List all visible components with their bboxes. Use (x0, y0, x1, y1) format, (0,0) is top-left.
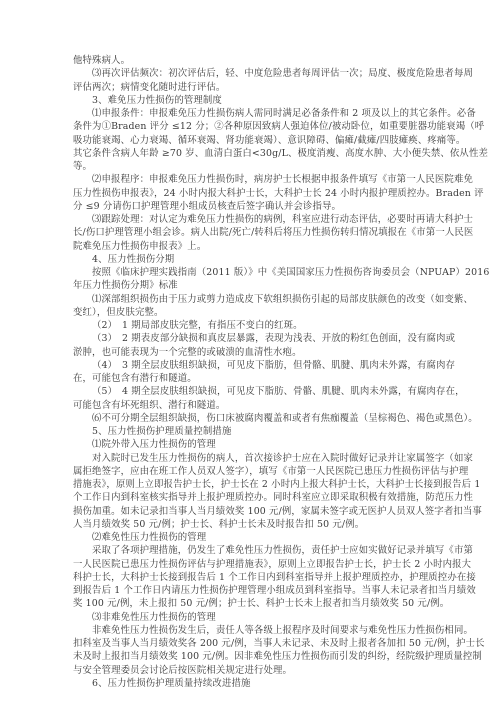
line-text: 扣科室及当事人当月绩效奖各 200 元/例，当事人未记录、未及时上报者各加扣 5… (73, 638, 485, 649)
line-text: ⑴院外带入压力性损伤的管理 (92, 439, 216, 450)
line-text: 2 期表皮部分缺损和真皮层暴露，表现为浅表、开放的粉红色创面，没有腐肉或 (122, 333, 455, 344)
document-line: 到报告后 1 个工作日内请压力性损伤护理管理小组成员到科室指导。当事人未记录者扣… (73, 584, 431, 597)
line-text: 科护士长，大科护士长接到报告后 1 个工作日内到科室指导并上报护理质控办，护理质… (73, 572, 476, 583)
line-text: 可能包含有坏死组织、潜行和隧道。 (73, 400, 225, 411)
document-line: 5、压力性损伤护理质量控制措施 (73, 425, 431, 438)
line-text: 4、压力性损伤分期 (92, 254, 174, 265)
line-text: 对入院时已发生压力性损伤的病人，首次接诊护士应在入院时做好记录并让家属签字（如家 (92, 453, 473, 464)
line-text: 人当月绩效奖 50 元/例；护士长、科护士长未及时报告扣 50 元/例。 (73, 519, 364, 530)
document-line: 按照《临床护理实践指南（2011 版）》中《美国国家压力性损伤咨询委员会（NPU… (73, 266, 431, 279)
document-line: 等。 (73, 160, 431, 173)
document-line: 压力性损伤申报表》，24 小时内报大科护士长，大科护士长 24 小时内报护理质控… (73, 187, 431, 200)
line-text: 条件为①Braden 评分 ≤12 分；②各种原因致病人强迫体位/被动卧位，如重… (73, 121, 484, 132)
document-line: ⑶跟踪处理：对认定为难免压力性损伤的病例，科室应进行动态评估，必要时再请大科护士 (73, 213, 431, 226)
line-text: 在，可能包含有潜行和隧道。 (73, 373, 197, 384)
line-text: 损伤加重。如未记录扣当事人当月绩效奖 100 元/例，家属未签字或无医护人员双人… (73, 506, 482, 517)
document-line: 人当月绩效奖 50 元/例；护士长、科护士长未及时报告扣 50 元/例。 (73, 518, 431, 531)
document-line: 其它条件含病人年龄 ≥70 岁、血清白蛋白<30g/L、极度消瘦、高度水肿、大小… (73, 147, 431, 160)
document-page: 他特殊病人。⑶再次评估频次：初次评估后，轻、中度危险患者每周评估一次；局度、极度… (0, 0, 500, 708)
document-line: 4、压力性损伤分期 (73, 253, 431, 266)
line-text: ⑵申报程序：申报难免压力性损伤时，病房护士长根据申报条件填写《市第一人民医院难免 (92, 174, 473, 185)
line-text: 1 期局部皮肤完整，有指压不变白的红斑。 (122, 320, 303, 331)
line-text: ⑴深部组织损伤由于压力或剪力造成皮下软组织损伤引起的局部皮肤颜色的改变（如变紫、 (92, 294, 473, 305)
line-text: 3 期全层皮肤组织缺损，可见皮下脂肪，但骨骼、肌腱、肌肉未外露，有腐肉存 (122, 360, 455, 371)
line-text: ⑵难免性压力性损伤的管理 (92, 532, 206, 543)
line-text: 其它条件含病人年龄 ≥70 岁、血清白蛋白<30g/L、极度消瘦、高度水肿、大小… (73, 148, 488, 159)
document-line: 未及时上报扣当月绩效奖 100 元/例。因非难免性压力性损伤而引发的纠纷，经院级… (73, 650, 431, 663)
line-text: 个工作日内到科室核实指导并上报护理质控办。同时科室应立即采取积极有效措施，防范压… (73, 492, 473, 503)
document-line: 奖 100 元/例，未上报扣 50 元/例；护士长、科护士长未上报者扣当月绩效奖… (73, 597, 431, 610)
line-text: 措施表》，原则上立即报告护士长，护士长在 2 小时内上报大科护士长，大科护士长接… (73, 479, 480, 490)
line-text: 淤肿，也可能表现为一个完整的或破溃的血清性水疱。 (73, 347, 302, 358)
line-text: 院难免压力性损伤申报表》上。 (73, 241, 206, 252)
document-line: 扣科室及当事人当月绩效奖各 200 元/例，当事人未记录、未及时上报者各加扣 5… (73, 637, 431, 650)
line-text: 非难免性压力性损伤发生后，责任人等各级上报程序及时间要求与难免性压力性损伤相同。 (92, 625, 473, 636)
document-line: 科护士长，大科护士长接到报告后 1 个工作日内到科室指导并上报护理质控办，护理质… (73, 571, 431, 584)
line-text: 3、难免压力性损伤的管理制度 (92, 95, 222, 106)
document-line: 条件为①Braden 评分 ≤12 分；②各种原因致病人强迫体位/被动卧位，如重… (73, 120, 431, 133)
line-text: ⑴申报条件：申报难免压力性损伤病人需同时满足必备条件和 2 项及以上的其它条件。… (92, 108, 476, 119)
line-text: 评估两次；病情变化随时进行评估。 (73, 82, 225, 93)
document-line: 分 ≤9 分请伤口护理管理小组成员核查后签字确认并会诊指导。 (73, 200, 431, 213)
document-line: 他特殊病人。 (73, 54, 431, 67)
line-text: 吸功能衰竭、心力衰竭、循环衰竭、肾功能衰竭）、意识障碍、偏瘫/截瘫/四肢瘫痪、疼… (73, 135, 465, 146)
document-line: 损伤加重。如未记录扣当事人当月绩效奖 100 元/例，家属未签字或无医护人员双人… (73, 505, 431, 518)
document-line: 采取了各项护理措施，仍发生了难免性压力性损伤，责任护士应如实做好记录并填写《市第 (73, 544, 431, 557)
document-line: ⑶非难免性压力性损伤的管理 (73, 611, 431, 624)
document-line: 属拒绝签字，应由在班工作人员双人签字），填写《市第一人民医院已患压力性损伤评估与… (73, 465, 431, 478)
line-text: ⑶再次评估频次：初次评估后，轻、中度危险患者每周评估一次；局度、极度危险患者每周 (92, 68, 473, 79)
document-body: 他特殊病人。⑶再次评估频次：初次评估后，轻、中度危险患者每周评估一次；局度、极度… (73, 54, 431, 690)
document-line: ⑵申报程序：申报难免压力性损伤时，病房护士长根据申报条件填写《市第一人民医院难免 (73, 173, 431, 186)
document-line: 措施表》，原则上立即报告护士长，护士长在 2 小时内上报大科护士长，大科护士长接… (73, 478, 431, 491)
line-text: 到报告后 1 个工作日内请压力性损伤护理管理小组成员到科室指导。当事人未记录者扣… (73, 585, 476, 596)
line-text: 等。 (73, 161, 92, 172)
line-text: 长/伤口护理管理小组会诊。病人出院/死亡/转科后将压力性损伤转归情况填报在《市第… (73, 227, 473, 238)
line-text: 分 ≤9 分请伤口护理管理小组成员核查后签字确认并会诊指导。 (73, 201, 341, 212)
line-text: 压力性损伤申报表》，24 小时内报大科护士长，大科护士长 24 小时内报护理质控… (73, 188, 484, 199)
list-number: （4） (92, 359, 122, 372)
document-line: ⑴深部组织损伤由于压力或剪力造成皮下软组织损伤引起的局部皮肤颜色的改变（如变紫、 (73, 293, 431, 306)
document-line: ⑶再次评估频次：初次评估后，轻、中度危险患者每周评估一次；局度、极度危险患者每周 (73, 67, 431, 80)
line-text: 采取了各项护理措施，仍发生了难免性压力性损伤，责任护士应如实做好记录并填写《市第 (92, 545, 473, 556)
document-line: 变红），但皮肤完整。 (73, 306, 431, 319)
document-line: 年压力性损伤分期》标准 (73, 279, 431, 292)
document-line: 吸功能衰竭、心力衰竭、循环衰竭、肾功能衰竭）、意识障碍、偏瘫/截瘫/四肢瘫痪、疼… (73, 134, 431, 147)
list-number: （5） (92, 385, 122, 398)
list-number: （3） (92, 332, 122, 345)
document-line: 评估两次；病情变化随时进行评估。 (73, 81, 431, 94)
document-line: 3、难免压力性损伤的管理制度 (73, 94, 431, 107)
document-line: 与安全管理委员会讨论后按医院相关规定进行处理。 (73, 664, 431, 677)
line-text: 变红），但皮肤完整。 (73, 307, 164, 318)
document-line: 在，可能包含有潜行和隧道。 (73, 372, 431, 385)
line-text: 4 期全层皮肤组织缺损，可见皮下脂肪、骨骼、肌腱、肌肉未外露，有腐肉存在， (122, 386, 465, 397)
line-text: 属拒绝签字，应由在班工作人员双人签字），填写《市第一人民医院已患压力性损伤评估与… (73, 466, 468, 477)
document-line: （4）3 期全层皮肤组织缺损，可见皮下脂肪，但骨骼、肌腱、肌肉未外露，有腐肉存 (73, 359, 431, 372)
line-text: 6、压力性损伤护理质量持续改进措施 (92, 678, 251, 689)
document-line: 院难免压力性损伤申报表》上。 (73, 240, 431, 253)
document-line: （5）4 期全层皮肤组织缺损，可见皮下脂肪、骨骼、肌腱、肌肉未外露，有腐肉存在， (73, 385, 431, 398)
document-line: 6、压力性损伤护理质量持续改进措施 (73, 677, 431, 690)
document-line: 淤肿，也可能表现为一个完整的或破溃的血清性水疱。 (73, 346, 431, 359)
list-number: （2） (92, 319, 122, 332)
line-text: 奖 100 元/例，未上报扣 50 元/例；护士长、科护士长未上报者扣当月绩效奖… (73, 598, 449, 609)
document-line: 非难免性压力性损伤发生后，责任人等各级上报程序及时间要求与难免性压力性损伤相同。 (73, 624, 431, 637)
document-line: 长/伤口护理管理小组会诊。病人出院/死亡/转科后将压力性损伤转归情况填报在《市第… (73, 226, 431, 239)
document-line: ⑴院外带入压力性损伤的管理 (73, 438, 431, 451)
line-text: 年压力性损伤分期》标准 (73, 280, 178, 291)
line-text: ⑶非难免性压力性损伤的管理 (92, 612, 216, 623)
line-text: 他特殊病人。 (73, 55, 130, 66)
document-line: ⑹不可分期全层组织缺损，伤口床被腐肉覆盖和或者有焦痂覆盖（呈棕褐色、褐色或黑色）… (73, 412, 431, 425)
line-text: ⑹不可分期全层组织缺损，伤口床被腐肉覆盖和或者有焦痂覆盖（呈棕褐色、褐色或黑色）… (92, 413, 478, 424)
line-text: ⑶跟踪处理：对认定为难免压力性损伤的病例，科室应进行动态评估，必要时再请大科护士 (92, 214, 473, 225)
document-line: （3）2 期表皮部分缺损和真皮层暴露，表现为浅表、开放的粉红色创面，没有腐肉或 (73, 332, 431, 345)
document-line: 一人民医院已患压力性损伤评估与护理措施表》，原则上立即报告护士长，护士长 2 小… (73, 558, 431, 571)
document-line: （2）1 期局部皮肤完整，有指压不变白的红斑。 (73, 319, 431, 332)
line-text: 一人民医院已患压力性损伤评估与护理措施表》，原则上立即报告护士长，护士长 2 小… (73, 559, 471, 570)
document-line: ⑵难免性压力性损伤的管理 (73, 531, 431, 544)
line-text: 未及时上报扣当月绩效奖 100 元/例。因非难免性压力性损伤而引发的纠纷，经院级… (73, 651, 482, 662)
document-line: 个工作日内到科室核实指导并上报护理质控办。同时科室应立即采取积极有效措施，防范压… (73, 491, 431, 504)
line-text: 按照《临床护理实践指南（2011 版）》中《美国国家压力性损伤咨询委员会（NPU… (92, 267, 489, 278)
line-text: 5、压力性损伤护理质量控制措施 (92, 426, 231, 437)
document-line: ⑴申报条件：申报难免压力性损伤病人需同时满足必备条件和 2 项及以上的其它条件。… (73, 107, 431, 120)
document-line: 可能包含有坏死组织、潜行和隧道。 (73, 399, 431, 412)
line-text: 与安全管理委员会讨论后按医院相关规定进行处理。 (73, 665, 292, 676)
document-line: 对入院时已发生压力性损伤的病人，首次接诊护士应在入院时做好记录并让家属签字（如家 (73, 452, 431, 465)
